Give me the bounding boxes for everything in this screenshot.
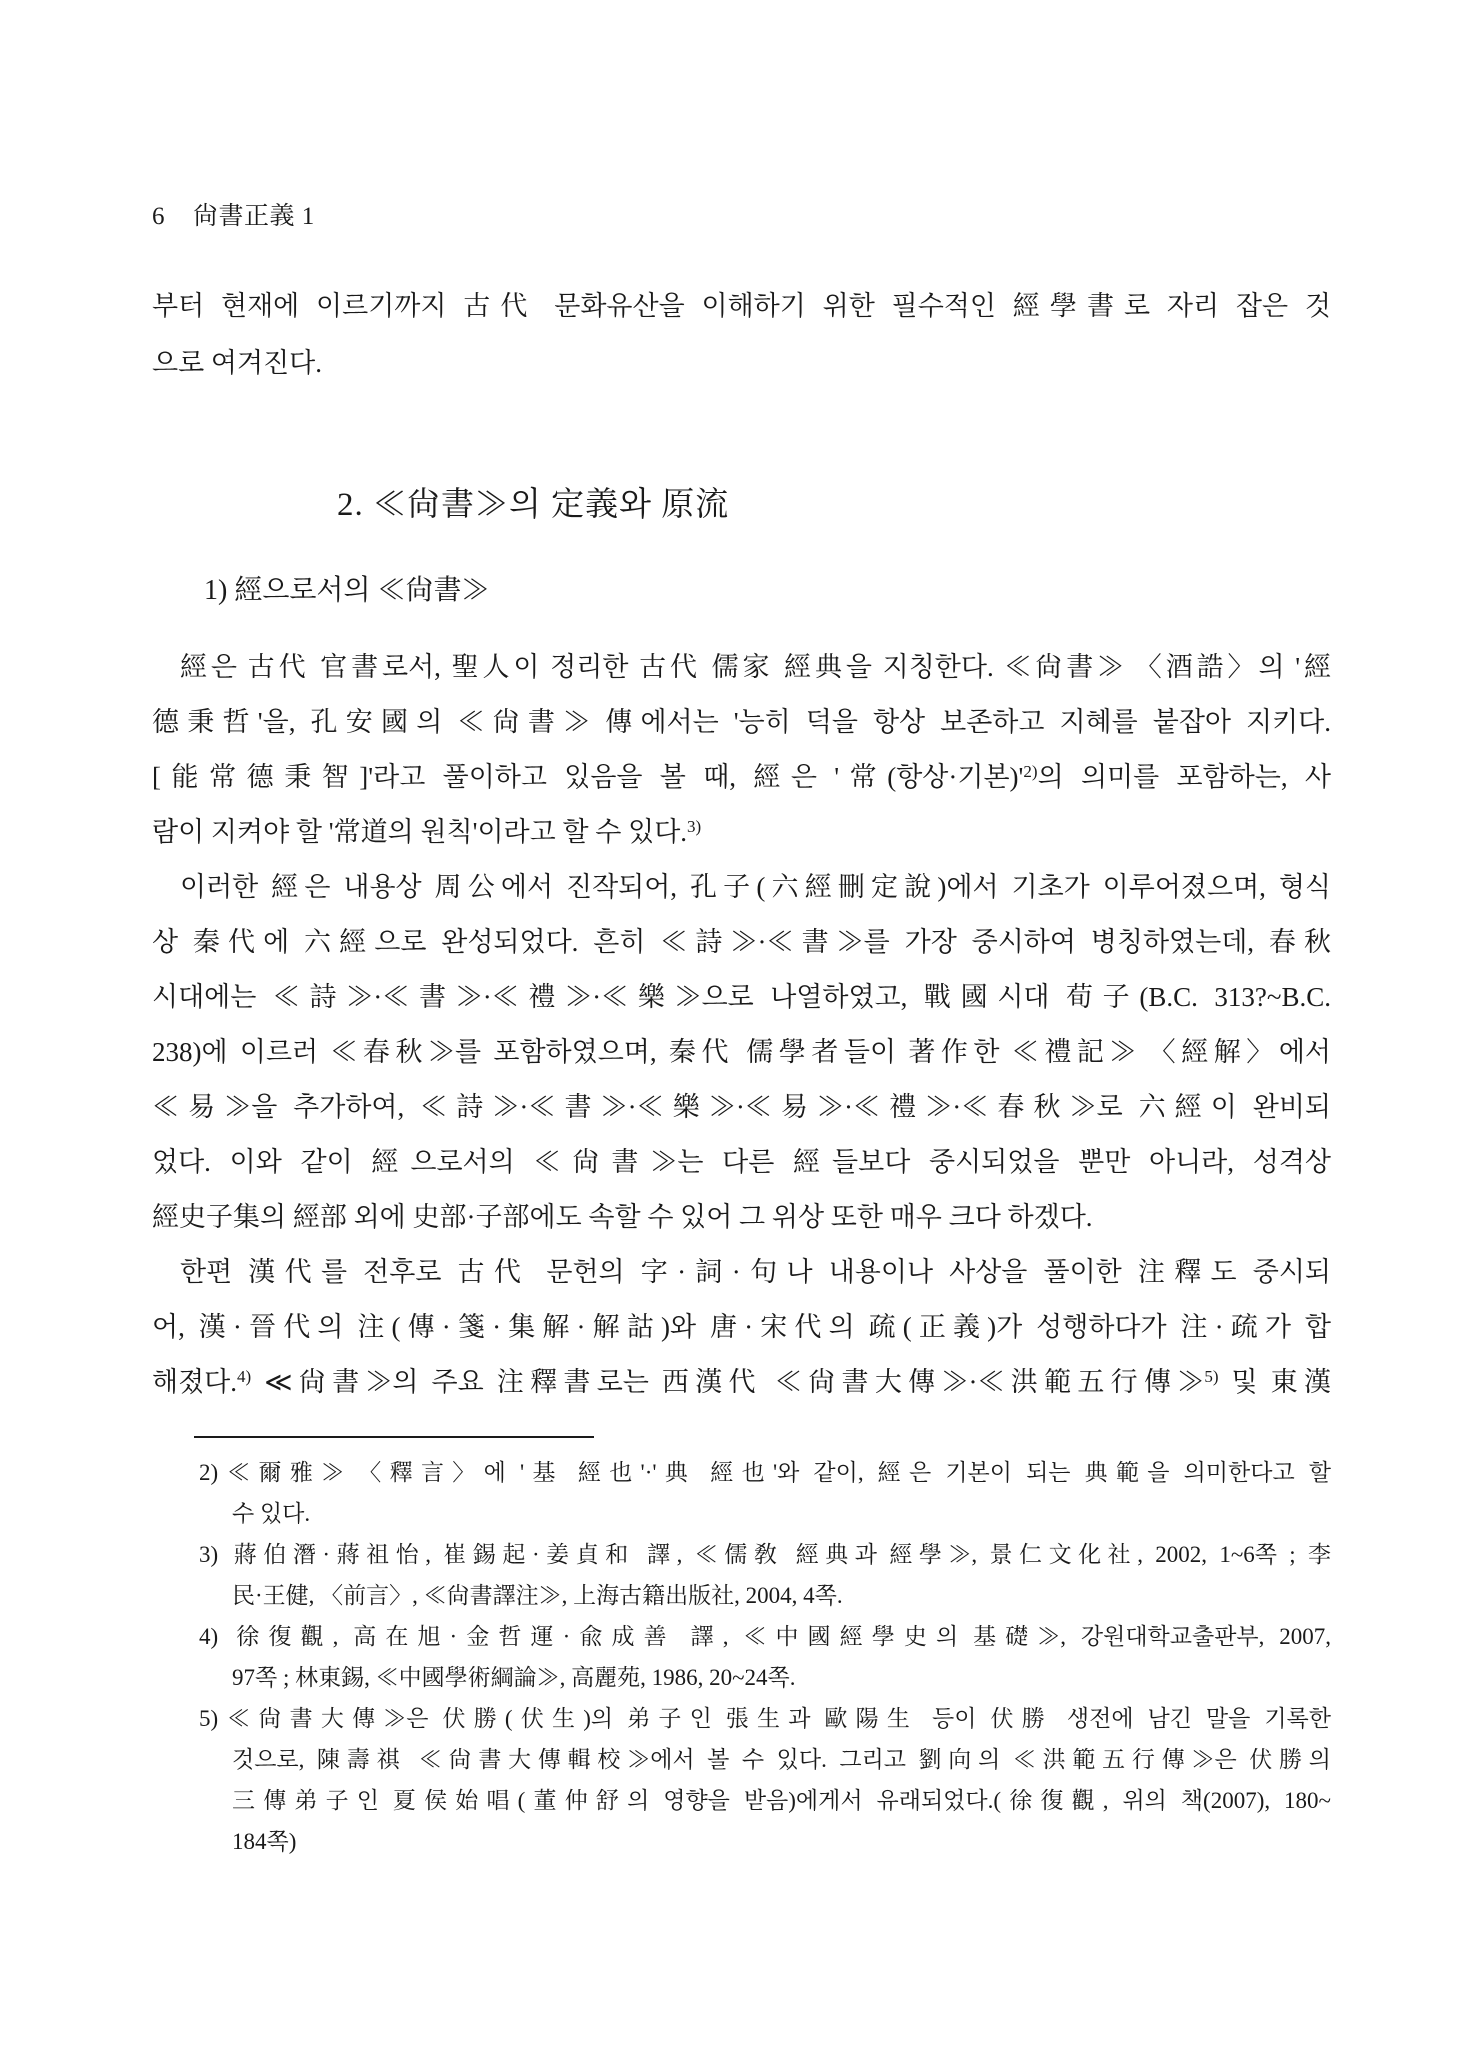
footnote-number: 5) bbox=[199, 1698, 218, 1739]
text-line: 이러한 經은 내용상 周公에서 진작되어, 孔子(六經刪定說)에서 기초가 이루… bbox=[152, 860, 1331, 915]
footnote-line: 4)徐復觀, 高在旭·金哲運·兪成善 譯, ≪中國經學史의 基礎≫, 강원대학교… bbox=[199, 1616, 1331, 1657]
footnote-line: 2)≪爾雅≫ 〈釋言〉에 '基 經也'·'典 經也'와 같이, 經은 기본이 되… bbox=[199, 1452, 1331, 1493]
text-line: 시대에는 ≪詩≫·≪書≫·≪禮≫·≪樂≫으로 나열하였고, 戰國시대 荀子(B.… bbox=[152, 970, 1331, 1025]
text-line: 으로 여겨진다. bbox=[152, 335, 1331, 392]
text-line: 부터 현재에 이르기까지 古代 문화유산을 이해하기 위한 필수적인 經學書로 … bbox=[152, 278, 1331, 335]
footnote-reference: 3) bbox=[687, 817, 701, 836]
text-line: ≪易≫을 추가하여, ≪詩≫·≪書≫·≪樂≫·≪易≫·≪禮≫·≪春秋≫로 六經이… bbox=[152, 1080, 1331, 1135]
footnote-line: 수 있다. bbox=[232, 1493, 1331, 1534]
subsection-heading: 1) 經으로서의 ≪尙書≫ bbox=[204, 572, 1331, 610]
book-title: 尙書正義 1 bbox=[193, 203, 315, 230]
footnote: 2)≪爾雅≫ 〈釋言〉에 '基 經也'·'典 經也'와 같이, 經은 기본이 되… bbox=[199, 1452, 1331, 1534]
text-line: 해졌다.4) ≪尙書≫의 주요 注釋書로는 西漢代 ≪尙書大傳≫·≪洪範五行傳≫… bbox=[152, 1355, 1331, 1410]
text-line: 어, 漢·晉代의 注(傳·箋·集解·解詁)와 唐·宋代의 疏(正義)가 성행하다… bbox=[152, 1300, 1331, 1355]
running-header: 6尙書正義 1 bbox=[152, 202, 1331, 232]
text-line: [能常德秉智]'라고 풀이하고 있음을 볼 때, 經은 '常(항상·기본)'2)… bbox=[152, 750, 1331, 805]
body-text: 經은 古代 官書로서, 聖人이 정리한 古代 儒家 經典을 지칭한다. ≪尙書≫… bbox=[152, 640, 1331, 1410]
footnote-reference: 5) bbox=[1204, 1367, 1218, 1386]
footnote-line: 5)≪尙書大傳≫은 伏勝(伏生)의 弟子인 張生과 歐陽生 등이 伏勝 생전에 … bbox=[199, 1698, 1331, 1739]
footnote-line: 것으로, 陳壽祺 ≪尙書大傳輯校≫에서 볼 수 있다. 그리고 劉向의 ≪洪範五… bbox=[232, 1739, 1331, 1780]
text-line: 經史子集의 經部 외에 史部·子部에도 속할 수 있어 그 위상 또한 매우 크… bbox=[152, 1190, 1331, 1245]
text-line: 람이 지켜야 할 '常道의 원칙'이라고 할 수 있다.3) bbox=[152, 805, 1331, 860]
text-line: 德秉哲'을, 孔安國의 ≪尙書≫ 傳에서는 '능히 덕을 항상 보존하고 지혜를… bbox=[152, 695, 1331, 750]
text-line: 238)에 이르러 ≪春秋≫를 포함하였으며, 秦代 儒學者들이 著作한 ≪禮記… bbox=[152, 1025, 1331, 1080]
footnote-line: 三傳弟子인 夏侯始唱(董仲舒의 영향을 받음)에게서 유래되었다.(徐復觀, 위… bbox=[232, 1780, 1331, 1821]
text-line: 한편 漢代를 전후로 古代 문헌의 字·詞·句나 내용이나 사상을 풀이한 注釋… bbox=[152, 1245, 1331, 1300]
footnote-line: 3)蔣伯潛·蔣祖怡, 崔錫起·姜貞和 譯, ≪儒敎 經典과 經學≫, 景仁文化社… bbox=[199, 1534, 1331, 1575]
footnote-number: 4) bbox=[199, 1616, 218, 1657]
footnotes-section: 2)≪爾雅≫ 〈釋言〉에 '基 經也'·'典 經也'와 같이, 經은 기본이 되… bbox=[199, 1452, 1331, 1862]
footnote-number: 3) bbox=[199, 1534, 218, 1575]
text-line: 상 秦代에 六經으로 완성되었다. 흔히 ≪詩≫·≪書≫를 가장 중시하여 병칭… bbox=[152, 915, 1331, 970]
document-page: 6尙書正義 1 부터 현재에 이르기까지 古代 문화유산을 이해하기 위한 필수… bbox=[0, 0, 1481, 2047]
footnote-line: 民·王健, 〈前言〉, ≪尙書譯注≫, 上海古籍出版社, 2004, 4쪽. bbox=[232, 1575, 1331, 1616]
footnote: 5)≪尙書大傳≫은 伏勝(伏生)의 弟子인 張生과 歐陽生 등이 伏勝 생전에 … bbox=[199, 1698, 1331, 1862]
text-line: 經은 古代 官書로서, 聖人이 정리한 古代 儒家 經典을 지칭한다. ≪尙書≫… bbox=[152, 640, 1331, 695]
footnote-line: 97쪽 ; 林東錫, ≪中國學術綱論≫, 高麗苑, 1986, 20~24쪽. bbox=[232, 1657, 1331, 1698]
footnote-number: 2) bbox=[199, 1452, 218, 1493]
intro-paragraph: 부터 현재에 이르기까지 古代 문화유산을 이해하기 위한 필수적인 經學書로 … bbox=[152, 278, 1331, 392]
text-line: 었다. 이와 같이 經으로서의 ≪尙書≫는 다른 經들보다 중시되었을 뿐만 아… bbox=[152, 1135, 1331, 1190]
footnote-line: 184쪽) bbox=[232, 1821, 1331, 1862]
footnote: 3)蔣伯潛·蔣祖怡, 崔錫起·姜貞和 譯, ≪儒敎 經典과 經學≫, 景仁文化社… bbox=[199, 1534, 1331, 1616]
footnote-separator-rule bbox=[194, 1436, 594, 1438]
footnote: 4)徐復觀, 高在旭·金哲運·兪成善 譯, ≪中國經學史의 基礎≫, 강원대학교… bbox=[199, 1616, 1331, 1698]
footnote-reference: 2) bbox=[1023, 762, 1037, 781]
page-number: 6 bbox=[152, 202, 165, 232]
section-heading: 2. ≪尙書≫의 定義와 原流 bbox=[337, 484, 1331, 526]
footnote-reference: 4) bbox=[237, 1367, 251, 1386]
